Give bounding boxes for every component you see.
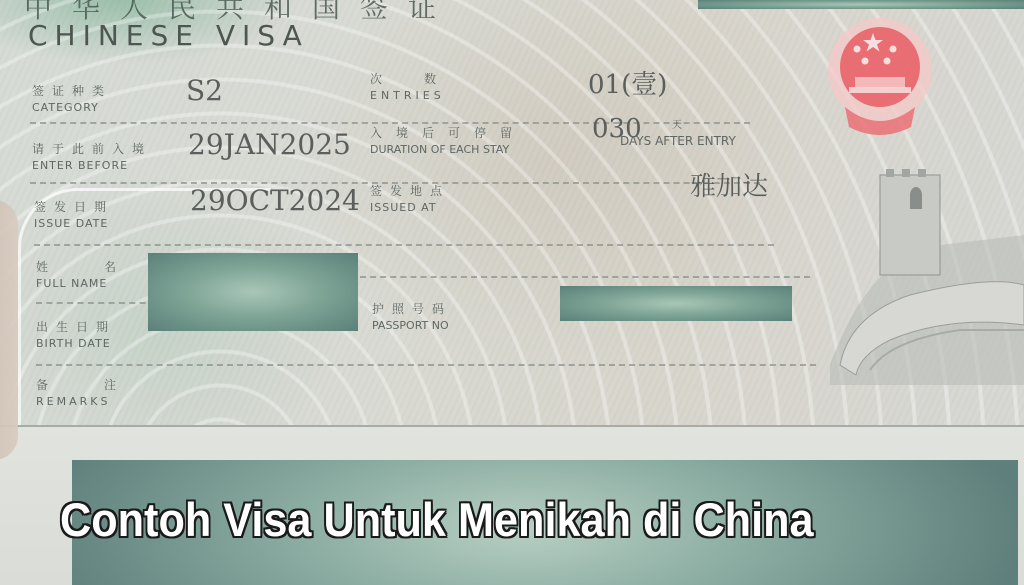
enter-before-value: 29JAN2025 bbox=[188, 128, 351, 161]
divider bbox=[34, 244, 774, 246]
issue-date-label: 签发日期 ISSUE DATE bbox=[34, 198, 114, 230]
duration-unit-cn: 天 bbox=[672, 116, 682, 131]
divider bbox=[36, 364, 816, 366]
divider bbox=[36, 302, 156, 304]
caption-title: Contoh Visa Untuk Menikah di China bbox=[60, 492, 943, 547]
duration-label: 入境后可停留 DURATION OF EACH STAY bbox=[370, 124, 526, 156]
category-value: S2 bbox=[186, 74, 223, 107]
divider bbox=[360, 276, 810, 278]
national-emblem-icon bbox=[815, 15, 945, 145]
birth-date-label: 出生日期 BIRTH DATE bbox=[36, 318, 116, 350]
issued-at-value: 雅加达 bbox=[690, 166, 768, 203]
full-name-redaction bbox=[148, 253, 358, 331]
enter-before-label: 请于此前入境 ENTER BEFORE bbox=[32, 140, 152, 172]
duration-unit-en: DAYS AFTER ENTRY bbox=[620, 134, 736, 148]
top-redaction bbox=[698, 0, 1024, 9]
passport-no-label: 护照号码 PASSPORT NO bbox=[372, 300, 452, 332]
great-wall-illustration bbox=[830, 165, 1024, 385]
finger bbox=[0, 200, 18, 460]
visa-sticker: 中华人民共和国签证 CHINESE VISA 签证种类 CATEGORY S2 … bbox=[0, 0, 1024, 425]
visa-header-english: CHINESE VISA bbox=[28, 19, 309, 52]
remarks-label: 备注 REMARKS bbox=[36, 376, 172, 408]
passport-no-redaction bbox=[560, 286, 792, 321]
issue-date-value: 29OCT2024 bbox=[190, 184, 360, 217]
category-label: 签证种类 CATEGORY bbox=[32, 82, 112, 114]
entries-label: 次数 ENTRIES bbox=[370, 70, 478, 102]
entries-value: 01(壹) bbox=[588, 64, 667, 101]
issued-at-label: 签发地点 ISSUED AT bbox=[370, 182, 450, 214]
